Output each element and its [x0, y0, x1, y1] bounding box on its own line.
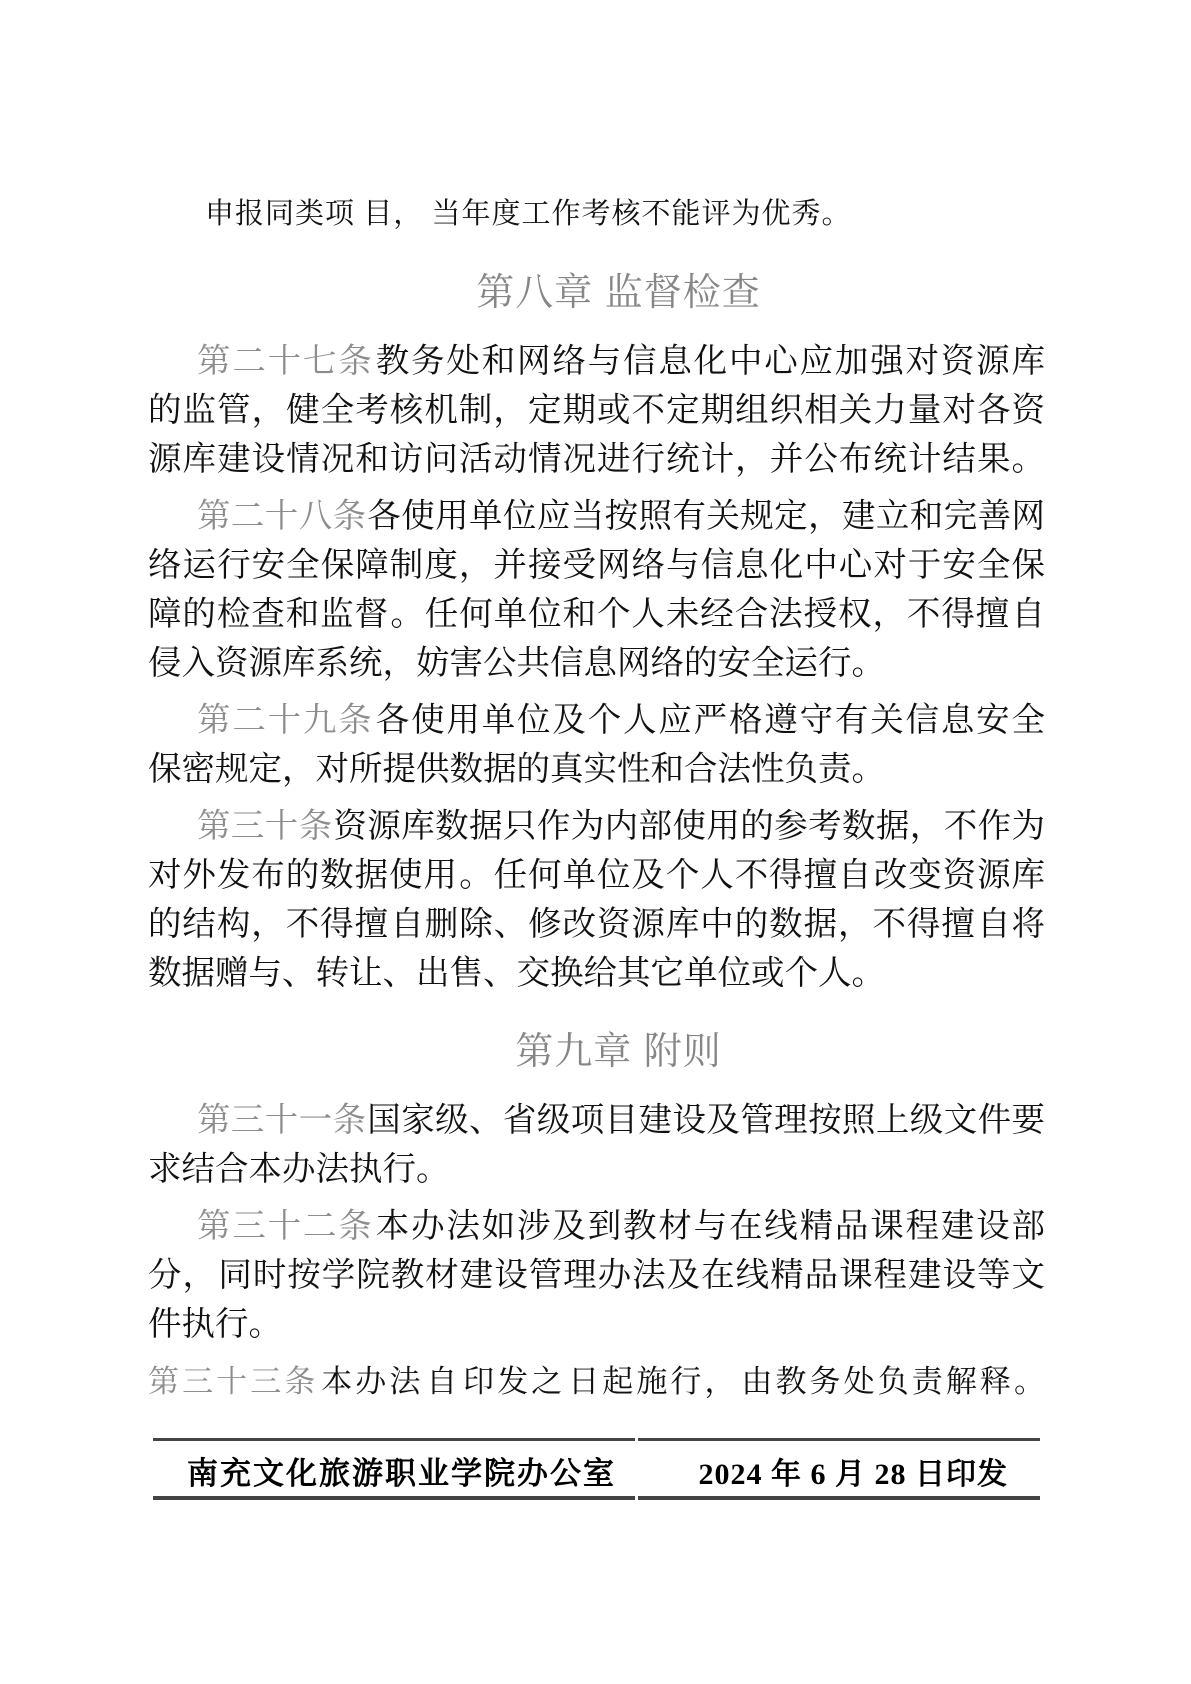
article-number-label: 第三十二条 [197, 1208, 374, 1245]
article-number-label: 第三十条 [197, 808, 333, 845]
text-line: 数据赠与、转让、出售、交换给其它单位或个人。 [148, 949, 1045, 998]
article-number-label: 第二十七条 [197, 343, 374, 380]
text-line: 第二十七条 教务处和网络与信息化中心应加强对资源库 [148, 337, 1045, 386]
footer-top-rule [153, 1438, 1040, 1441]
chapter-heading: 第八章 监督检查 [148, 265, 1045, 321]
text-line: 的结构，不得擅 自删除、修改资源库中的数据，不得擅 自将 [148, 900, 1045, 949]
article-paragraph: 第二十七条 教务处和网络与信息化中心应加强对资源库的监管，健全考核机制，定期或不… [148, 337, 1045, 484]
paragraph-continuation-line: 申报同类项 目， 当年度工作考核不能评为优秀。 [148, 190, 1045, 239]
footer-bottom-rule-left-segment [153, 1496, 635, 1500]
article-paragraph: 第三十一条 国家级、省级项目建设及管理按照上级文件要求结合本办法执行。 [148, 1096, 1045, 1194]
text-line: 侵入资源库系统，妨害公共信息网络的安全运行。 [148, 639, 1045, 688]
article-number-label: 第三十三条 [148, 1364, 318, 1399]
text-line: 分， 同时按学院教材建设管理办法及在线精品课程建设等文 [148, 1251, 1045, 1300]
document-body: 申报同类项 目， 当年度工作考核不能评为优秀。 第八章 监督检查第二十七条 教务… [148, 190, 1045, 1414]
chapter-heading: 第九章 附则 [148, 1024, 1045, 1080]
article-paragraph: 第三十二条 本办法如涉及到教材与在线精品课程建设部分， 同时按学院教材建设管理办… [148, 1202, 1045, 1349]
text-line: 对外发布的数据使用 。任何单位及个人不得擅自 改变资源库 [148, 851, 1045, 900]
text-line: 保密规定，对所提供数据的真实性和合法性负责。 [148, 745, 1045, 794]
text-line: 第三十一条 国家级、省级项目建设及管理按照上级文件要 [148, 1096, 1045, 1145]
page-footer: 南充文化旅游职业学院办公室 2024 年 6 月 28 日印发 [187, 1448, 1008, 1493]
text-line: 的监管，健全考核机制，定期或不定期组织相关力量对各资 [148, 386, 1045, 435]
article-paragraph: 第三十条 资源库数据只作为内部使用的参考数据，不作为对外发布的数据使用 。任何单… [148, 802, 1045, 998]
article-number-label: 第二十九条 [197, 702, 374, 739]
footer-print-date: 2024 年 6 月 28 日印发 [699, 1449, 1009, 1493]
article-number-label: 第二十八条 [197, 498, 367, 535]
text-line: 件执行。 [148, 1300, 1045, 1349]
footer-top-rule-right-segment [638, 1438, 1040, 1441]
text-line: 第二十九条 各使用单位及个人应严格遵守有关信息安全 [148, 696, 1045, 745]
article-paragraph: 第三十三条 本办法 自 印发之 日起施行， 由教务处负责解释。 [148, 1357, 1045, 1406]
footer-top-rule-left-segment [153, 1438, 635, 1441]
text-line: 源库建设情况和访问活动情况进行统计，并公布统计结果。 [148, 435, 1045, 484]
article-paragraph: 第二十八条 各使用单位应当按照有关规定，建立和完善网络运行安全保障制度，并接受网… [148, 492, 1045, 688]
document-page: 申报同类项 目， 当年度工作考核不能评为优秀。 第八章 监督检查第二十七条 教务… [0, 0, 1191, 1684]
article-paragraph: 第二十九条 各使用单位及个人应严格遵守有关信息安全保密规定，对所提供数据的真实性… [148, 696, 1045, 794]
article-number-label: 第三十一条 [197, 1102, 367, 1139]
text-line: 络运行安全保障制度，并接受网络与信息化中心对于安全保 [148, 541, 1045, 590]
text-line: 第三十二条 本办法如涉及到教材与在线精品课程建设部 [148, 1202, 1045, 1251]
text-line: 第三十条 资源库数据只作为内部使用的参考数据，不作为 [148, 802, 1045, 851]
footer-issuing-office: 南充文化旅游职业学院办公室 [187, 1448, 616, 1493]
text-line: 第三十三条 本办法 自 印发之 日起施行， 由教务处负责解释。 [148, 1357, 1045, 1406]
footer-bottom-rule [153, 1496, 1040, 1500]
document-blocks: 第八章 监督检查第二十七条 教务处和网络与信息化中心应加强对资源库的监管，健全考… [148, 265, 1045, 1406]
footer-bottom-rule-right-segment [638, 1496, 1040, 1500]
text-line: 障的检查和监督 。任何单位和个人未经合法授权，不得擅 自 [148, 590, 1045, 639]
text-line: 第二十八条 各使用单位应当按照有关规定，建立和完善网 [148, 492, 1045, 541]
text-line: 求结合本办法执行。 [148, 1145, 1045, 1194]
